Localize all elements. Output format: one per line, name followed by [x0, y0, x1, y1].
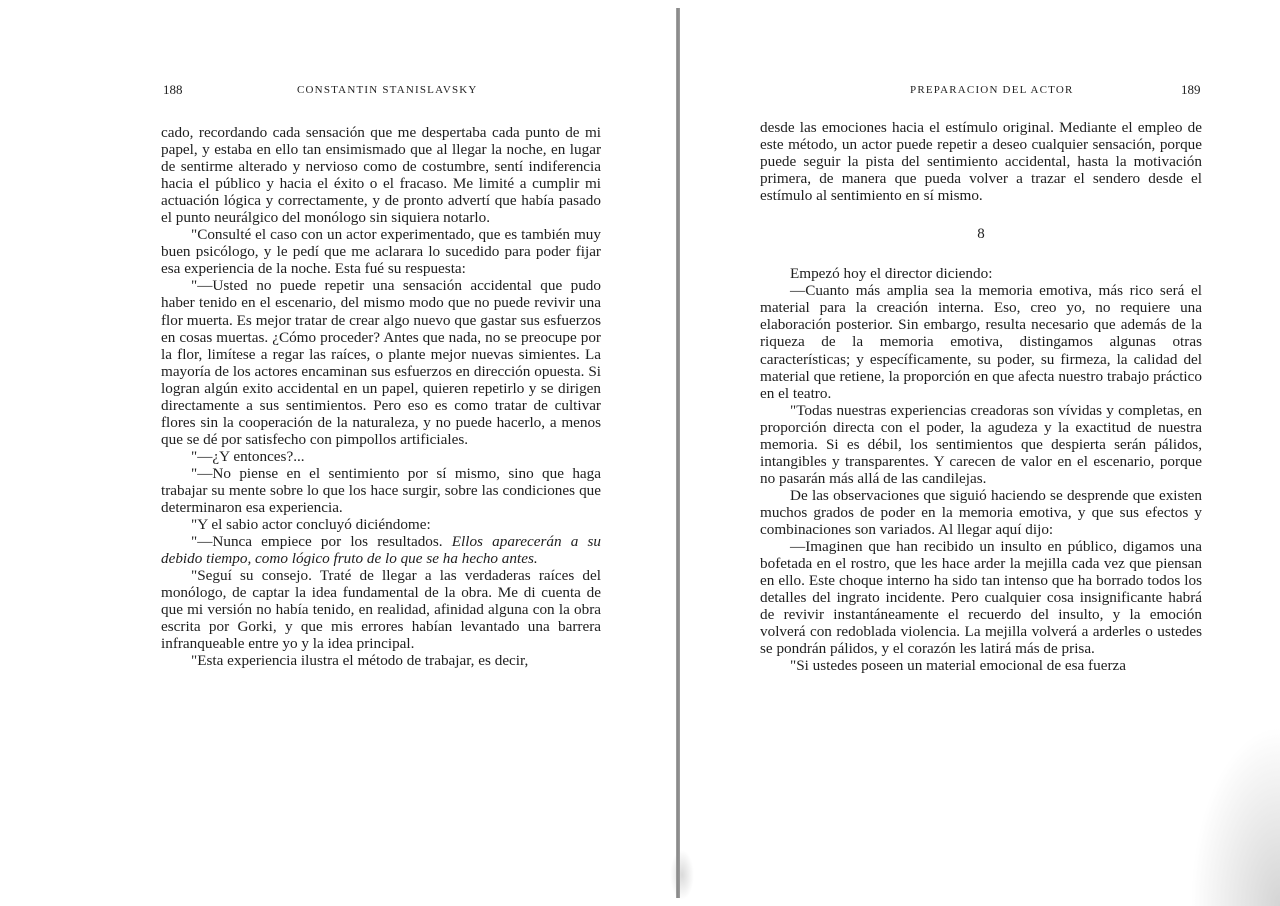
paragraph: "Seguí su consejo. Traté de llegar a las…	[161, 567, 601, 652]
paragraph: De las observaciones que siguió haciendo…	[760, 487, 1202, 538]
paragraph: "Esta experiencia ilustra el método de t…	[161, 652, 601, 669]
section-number: 8	[760, 226, 1202, 243]
paragraph: "Todas nuestras experiencias creadoras s…	[760, 402, 1202, 487]
page-number: 188	[163, 82, 183, 98]
page-body: cado, recordando cada sensación que me d…	[161, 124, 601, 670]
paragraph: cado, recordando cada sensación que me d…	[161, 124, 601, 226]
paragraph: —Cuanto más amplia sea la memoria emotiv…	[760, 282, 1202, 401]
paragraph: "Si ustedes poseen un material emocional…	[760, 657, 1202, 674]
paragraph: "—Nunca empiece por los resultados. Ello…	[161, 533, 601, 567]
paragraph: Empezó hoy el director diciendo:	[760, 265, 1202, 282]
paragraph: "Consulté el caso con un actor experimen…	[161, 226, 601, 277]
paragraph: desde las emociones hacia el estímulo or…	[760, 119, 1202, 204]
left-page: 188 CONSTANTIN STANISLAVSKY cado, record…	[0, 0, 676, 906]
page-body: desde las emociones hacia el estímulo or…	[760, 119, 1202, 674]
paragraph: "—Usted no puede repetir una sensación a…	[161, 277, 601, 447]
paragraph-text: "—Nunca empiece por los resultados.	[191, 533, 452, 550]
running-head: CONSTANTIN STANISLAVSKY	[297, 84, 478, 96]
paragraph: "—¿Y entonces?...	[161, 448, 601, 465]
scan-corner-shadow	[1190, 726, 1280, 906]
paragraph: —Imaginen que han recibido un insulto en…	[760, 538, 1202, 657]
paragraph: "Y el sabio actor concluyó diciéndome:	[161, 516, 601, 533]
page-number: 189	[1181, 82, 1201, 98]
paragraph: "—No piense en el sentimiento por sí mis…	[161, 465, 601, 516]
running-head: PREPARACION DEL ACTOR	[910, 84, 1074, 96]
